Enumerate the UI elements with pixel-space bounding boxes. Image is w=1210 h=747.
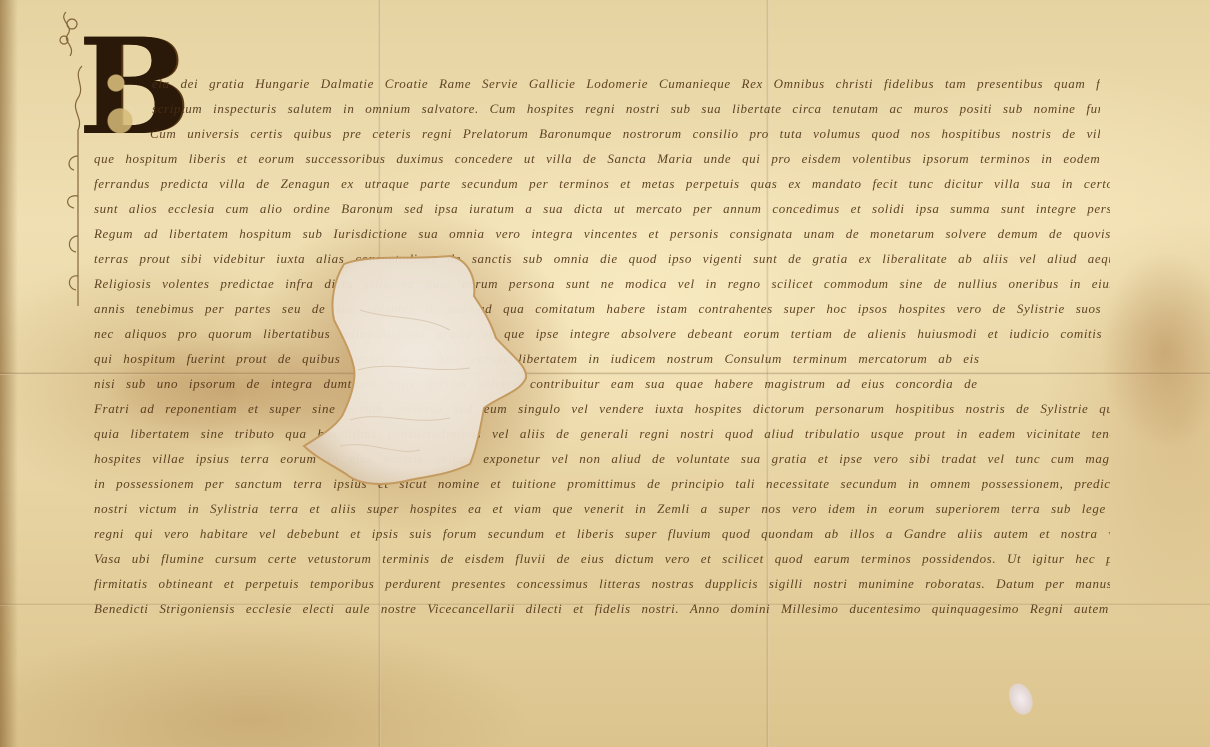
text-line-10: annis tenebimus per partes seu de sua vo… [94, 301, 1110, 316]
text-line-5: ferrandus predicta villa de Zenagun ex u… [94, 176, 1110, 191]
text-line-20: Vasa ubi flumine cursum certe vetustorum… [94, 551, 1110, 566]
text-line-17: in possessionem per sanctum terra ipsius… [94, 476, 1110, 491]
text-line-13: nisi sub uno ipsorum de integra dumtaxat… [94, 376, 1110, 391]
text-line-7: Regum ad libertatem hospitum sub Iurisdi… [94, 226, 1110, 241]
text-line-18: nostri victum in Sylistria terra et alii… [94, 501, 1110, 516]
text-line-14: Fratri ad reponentiam et super sine eoru… [94, 401, 1110, 416]
text-line-1: ela dei gratia Hungarie Dalmatie Croatie… [152, 76, 1100, 91]
text-line-4: que hospitum liberis et eorum successori… [94, 151, 1110, 166]
text-line-19: regni qui vero habitare vel debebunt et … [94, 526, 1110, 541]
text-line-21: firmitatis obtineant et perpetuis tempor… [94, 576, 1110, 591]
text-line-8: terras prout sibi videbitur iuxta alias … [94, 251, 1110, 266]
text-line-16: hospites villae ipsius terra eorum in ei… [94, 451, 1110, 466]
text-line-12: qui hospitum fuerint prout de quibus omn… [94, 351, 1110, 366]
text-line-11: nec aliquos pro quorum libertatibus adiu… [94, 326, 1110, 341]
charter-text: ela dei gratia Hungarie Dalmatie Croatie… [0, 0, 1210, 747]
text-line-6: sunt alios ecclesia cum alio ordine Baro… [94, 201, 1110, 216]
repaired-hole-patch [300, 250, 532, 490]
text-line-2: scriptum inspecturis salutem in omnium s… [152, 101, 1100, 116]
parchment-charter: B ela dei gratia Hungarie Dalmatie Croat… [0, 0, 1210, 747]
text-line-9: Religiosis volentes predictae infra dict… [94, 276, 1110, 291]
text-line-3: Cum universis certis quibus pre ceteris … [150, 126, 1100, 141]
text-line-15: quia libertatem sine tributo qua hospiti… [94, 426, 1110, 441]
text-line-22: Benedicti Strigoniensis ecclesie electi … [94, 601, 1110, 616]
